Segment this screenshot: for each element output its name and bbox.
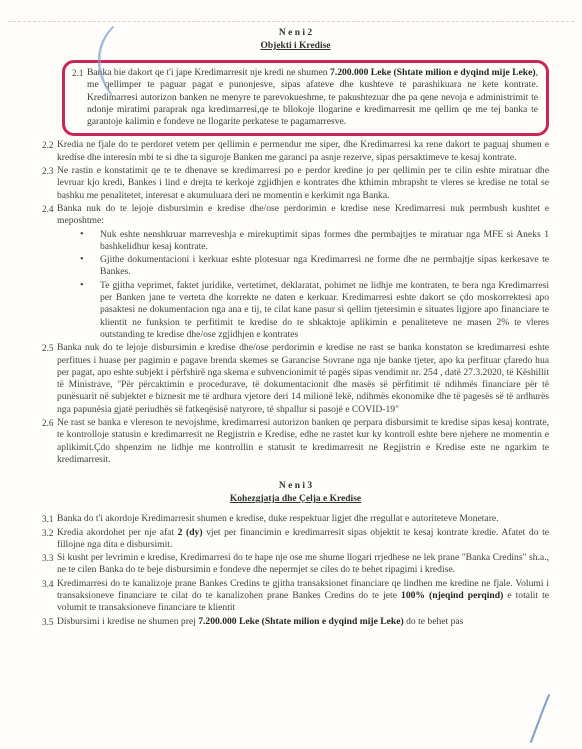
text-run: Ne rast se banka e vlereson te nevojshme…	[57, 417, 549, 465]
section-title: N e n i 2	[42, 28, 549, 39]
paragraph-text: Banka nuk do te lejoje disbursimin e kre…	[57, 203, 549, 228]
text-run: Si kusht per levrimin e kredise, Kredima…	[57, 552, 549, 575]
pen-slash-bottom-right	[531, 695, 549, 742]
paragraph-text: Banka do t'i akordoje Kredimarresit shum…	[57, 513, 549, 525]
numbered-paragraph: 2.2Kredia ne fjale do te perdoret vetem …	[42, 139, 549, 164]
numbered-paragraph: 3.1Banka do t'i akordoje Kredimarresit s…	[42, 513, 549, 525]
document-content: N e n i 2 Objekti i Kredise 2.1Banka bie…	[42, 28, 549, 629]
bold-text-run: 7.200.000 Leke (Shtate milion e dyqind m…	[330, 67, 536, 78]
section-title: N e n i 3	[42, 481, 549, 492]
numbered-paragraph: 3.4Kredimarresi do te kanalizoje prane B…	[42, 578, 549, 615]
bold-text-run: 100% (njeqind perqind)	[401, 590, 503, 601]
paragraph-text: Te gjitha veprimet, faktet juridike, ver…	[100, 280, 549, 341]
bullet-marker: •	[80, 280, 100, 341]
paragraph-text: Ne rastin e konstatimit qe te te dhenave…	[57, 165, 549, 202]
red-highlight-box: 2.1Banka bie dakort qe t'i jape Kredimar…	[62, 60, 549, 136]
paragraph-number: 3.5	[42, 616, 57, 628]
numbered-paragraph: 3.5Disbursimi i kredise ne shumen prej 7…	[42, 616, 549, 628]
numbered-paragraph: 2.1Banka bie dakort qe t'i jape Kredimar…	[72, 67, 538, 128]
text-run: Nuk eshte nenshkruar marreveshja e mirek…	[100, 229, 549, 252]
paragraph-number: 2.5	[42, 342, 57, 416]
paragraph-text: Ne rast se banka e vlereson te nevojshme…	[57, 417, 549, 466]
text-run: Banka nuk do te lejoje disbursimin e kre…	[57, 203, 549, 226]
paragraph-number: 3.1	[42, 513, 57, 525]
text-run: do te behet pas	[404, 616, 464, 627]
page-top-edge-line	[8, 21, 574, 22]
numbered-paragraph: 3.2Kredia akordohet per nje afat 2 (dy) …	[42, 527, 549, 552]
paragraph-text: Kredimarresi do te kanalizoje prane Bank…	[57, 578, 549, 615]
text-run: Banka nuk do te lejoje disbursimin e kre…	[57, 342, 549, 414]
text-run: Gjithe dokumentacioni i kerkuar eshte pl…	[100, 254, 549, 277]
bullet-item: •Te gjitha veprimet, faktet juridike, ve…	[42, 280, 549, 341]
paragraph-number: 2.4	[42, 203, 57, 228]
paragraph-text: Disbursimi i kredise ne shumen prej 7.20…	[57, 616, 549, 628]
paragraph-number: 2.2	[42, 139, 57, 164]
numbered-paragraph: 3.3Si kusht per levrimin e kredise, Kred…	[42, 552, 549, 577]
numbered-paragraph: 2.6Ne rast se banka e vlereson te nevojs…	[42, 417, 549, 466]
scanned-contract-page: N e n i 2 Objekti i Kredise 2.1Banka bie…	[0, 0, 582, 749]
paragraph-text: Banka bie dakort qe t'i jape Kredimarres…	[87, 67, 538, 128]
section-neni-3: N e n i 3 Kohezgjatja dhe Çelja e Kredis…	[42, 481, 549, 628]
section-paragraphs: 3.1Banka do t'i akordoje Kredimarresit s…	[42, 513, 549, 628]
bullet-item: •Gjithe dokumentacioni i kerkuar eshte p…	[42, 254, 549, 279]
numbered-paragraph: 2.3Ne rastin e konstatimit qe te te dhen…	[42, 165, 549, 202]
bold-text-run: 2 (dy)	[178, 527, 203, 538]
section-neni-2: N e n i 2 Objekti i Kredise 2.1Banka bie…	[42, 28, 549, 466]
paragraph-number: 3.2	[42, 527, 57, 552]
bullet-item: •Nuk eshte nenshkruar marreveshja e mire…	[42, 229, 549, 254]
bold-text-run: 7.200.000 Leke (Shtate milion e dyqind m…	[198, 616, 403, 627]
numbered-paragraph: 2.5Banka nuk do te lejoje disbursimin e …	[42, 342, 549, 416]
section-subtitle: Kohezgjatja dhe Çelja e Kredise	[42, 494, 549, 505]
bullet-marker: •	[80, 254, 100, 279]
paragraph-text: Banka nuk do te lejoje disbursimin e kre…	[57, 342, 549, 416]
text-run: Te gjitha veprimet, faktet juridike, ver…	[100, 280, 549, 340]
paragraph-text: Kredia akordohet per nje afat 2 (dy) vje…	[57, 527, 549, 552]
paragraph-number: 2.6	[42, 417, 57, 466]
paragraph-number: 2.3	[42, 165, 57, 202]
paragraph-number: 3.3	[42, 552, 57, 577]
text-run: Disbursimi i kredise ne shumen prej	[57, 616, 198, 627]
paragraph-number: 2.1	[72, 67, 87, 128]
paragraph-text: Si kusht per levrimin e kredise, Kredima…	[57, 552, 549, 577]
bullet-marker: •	[80, 229, 100, 254]
text-run: Banka do t'i akordoje Kredimarresit shum…	[57, 513, 499, 524]
paragraph-number: 3.4	[42, 578, 57, 615]
section-subtitle: Objekti i Kredise	[42, 41, 549, 52]
text-run: Kredia akordohet per nje afat	[57, 527, 178, 538]
text-run: Kredia ne fjale do te perdoret vetem per…	[57, 139, 549, 162]
section-paragraphs: 2.1Banka bie dakort qe t'i jape Kredimar…	[42, 60, 549, 466]
paragraph-text: Gjithe dokumentacioni i kerkuar eshte pl…	[100, 254, 549, 279]
paragraph-text: Nuk eshte nenshkruar marreveshja e mirek…	[100, 229, 549, 254]
text-run: Banka bie dakort qe t'i jape Kredimarres…	[87, 67, 330, 78]
numbered-paragraph: 2.4Banka nuk do te lejoje disbursimin e …	[42, 203, 549, 228]
paragraph-text: Kredia ne fjale do te perdoret vetem per…	[57, 139, 549, 164]
text-run: Ne rastin e konstatimit qe te te dhenave…	[57, 165, 549, 201]
